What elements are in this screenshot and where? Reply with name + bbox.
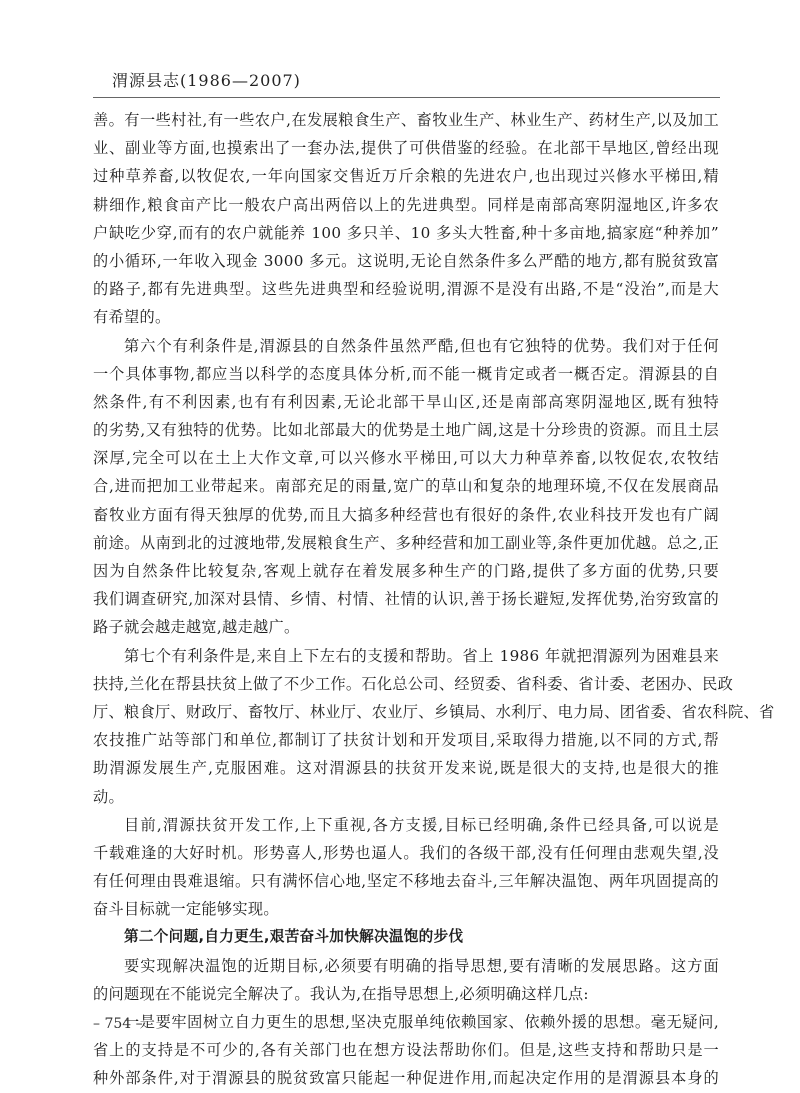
header-rule bbox=[93, 97, 720, 98]
text-line: 助渭源发展生产,克服困难。这对渭源县的扶贫开发来说,既是很大的支持,也是很大的推 bbox=[93, 754, 719, 782]
text-line: 深厚,完全可以在土上大作文章,可以兴修水平梯田,可以大力种草养畜,以牧促农,农牧… bbox=[93, 444, 719, 472]
text-line: 过种草养畜,以牧促农,一年向国家交售近万斤余粮的先进农户,也出现过兴修水平梯田,… bbox=[93, 162, 719, 190]
page-number: – 754 – bbox=[93, 1016, 143, 1032]
text-line: 第六个有利条件是,渭源县的自然条件虽然严酷,但也有它独特的优势。我们对于任何 bbox=[93, 332, 719, 360]
text-line: 种外部条件,对于渭源县的脱贫致富只能起一种促进作用,而起决定作用的是渭源县本身的 bbox=[93, 1064, 719, 1092]
text-line: 善。有一些村社,有一些农户,在发展粮食生产、畜牧业生产、林业生产、药材生产,以及… bbox=[93, 106, 719, 134]
text-line: 扶持,兰化在帮县扶贫上做了不少工作。石化总公司、经贸委、省科委、省计委、老困办、… bbox=[93, 670, 719, 698]
text-line: 的小循环,一年收入现金 3000 多元。这说明,无论自然条件多么严酷的地方,都有… bbox=[93, 247, 719, 275]
text-line: 有任何理由畏难退缩。只有满怀信心地,坚定不移地去奋斗,三年解决温饱、两年巩固提高… bbox=[93, 867, 719, 895]
text-line: 厅、粮食厅、财政厅、畜牧厅、林业厅、农业厅、乡镇局、水利厅、电力局、团省委、省农… bbox=[93, 698, 719, 726]
text-line: 耕细作,粮食亩产比一般农户高出两倍以上的先进典型。同样是南部高寒阴湿地区,许多农 bbox=[93, 191, 719, 219]
text-line: 前途。从南到北的过渡地带,发展粮食生产、多种经营和加工副业等,条件更加优越。总之… bbox=[93, 529, 719, 557]
text-line: 农技推广站等部门和单位,都制订了扶贫计划和开发项目,采取得力措施,以不同的方式,… bbox=[93, 726, 719, 754]
text-line: 千载难逢的大好时机。形势喜人,形势也逼人。我们的各级干部,没有任何理由悲观失望,… bbox=[93, 839, 719, 867]
text-line: 省上的支持是不可少的,各有关部门也在想方设法帮助你们。但是,这些支持和帮助只是一 bbox=[93, 1036, 719, 1064]
body-text: 善。有一些村社,有一些农户,在发展粮食生产、畜牧业生产、林业生产、药材生产,以及… bbox=[93, 106, 719, 1093]
text-line: 一是要牢固树立自力更生的思想,坚决克服单纯依赖国家、依赖外援的思想。毫无疑问, bbox=[93, 1008, 719, 1036]
text-line: 路子就会越走越宽,越走越广。 bbox=[93, 613, 719, 641]
running-head: 渭源县志(1986—2007) bbox=[112, 68, 301, 91]
text-line: 奋斗目标就一定能够实现。 bbox=[93, 895, 719, 923]
text-line: 的劣势,又有独特的优势。比如北部最大的优势是土地广阔,这是十分珍贵的资源。而且土… bbox=[93, 416, 719, 444]
section-heading: 第二个问题,自力更生,艰苦奋斗加快解决温饱的步伐 bbox=[93, 923, 719, 951]
text-line: 合,进而把加工业带起来。南部充足的雨量,宽广的草山和复杂的地理环境,不仅在发展商… bbox=[93, 472, 719, 500]
text-line: 业、副业等方面,也摸索出了一套办法,提供了可供借鉴的经验。在北部干旱地区,曾经出… bbox=[93, 134, 719, 162]
text-line: 畜牧业方面有得天独厚的优势,而且大搞多种经营也有很好的条件,农业科技开发也有广阔 bbox=[93, 501, 719, 529]
text-line: 有希望的。 bbox=[93, 303, 719, 331]
text-line: 第七个有利条件是,来自上下左右的支援和帮助。省上 1986 年就把渭源列为困难县… bbox=[93, 642, 719, 670]
text-line: 户缺吃少穿,而有的农户就能养 100 多只羊、10 多头大牲畜,种十多亩地,搞家… bbox=[93, 219, 719, 247]
text-line: 然条件,有不利因素,也有有利因素,无论北部干旱山区,还是南部高寒阴湿地区,既有独… bbox=[93, 388, 719, 416]
text-line: 一个具体事物,都应当以科学的态度具体分析,而不能一概肯定或者一概否定。渭源县的自 bbox=[93, 360, 719, 388]
text-line: 动。 bbox=[93, 783, 719, 811]
text-line: 我们调查研究,加深对县情、乡情、村情、社情的认识,善于扬长避短,发挥优势,治穷致… bbox=[93, 585, 719, 613]
text-line: 目前,渭源扶贫开发工作,上下重视,各方支援,目标已经明确,条件已经具备,可以说是 bbox=[93, 811, 719, 839]
text-line: 的问题现在不能说完全解决了。我认为,在指导思想上,必须明确这样几点: bbox=[93, 980, 719, 1008]
text-line: 因为自然条件比较复杂,客观上就存在着发展多种生产的门路,提供了多方面的优势,只要 bbox=[93, 557, 719, 585]
text-line: 的路子,都有先进典型。这些先进典型和经验说明,渭源不是没有出路,不是“没治”,而… bbox=[93, 275, 719, 303]
text-line: 要实现解决温饱的近期目标,必须要有明确的指导思想,要有清晰的发展思路。这方面 bbox=[93, 952, 719, 980]
